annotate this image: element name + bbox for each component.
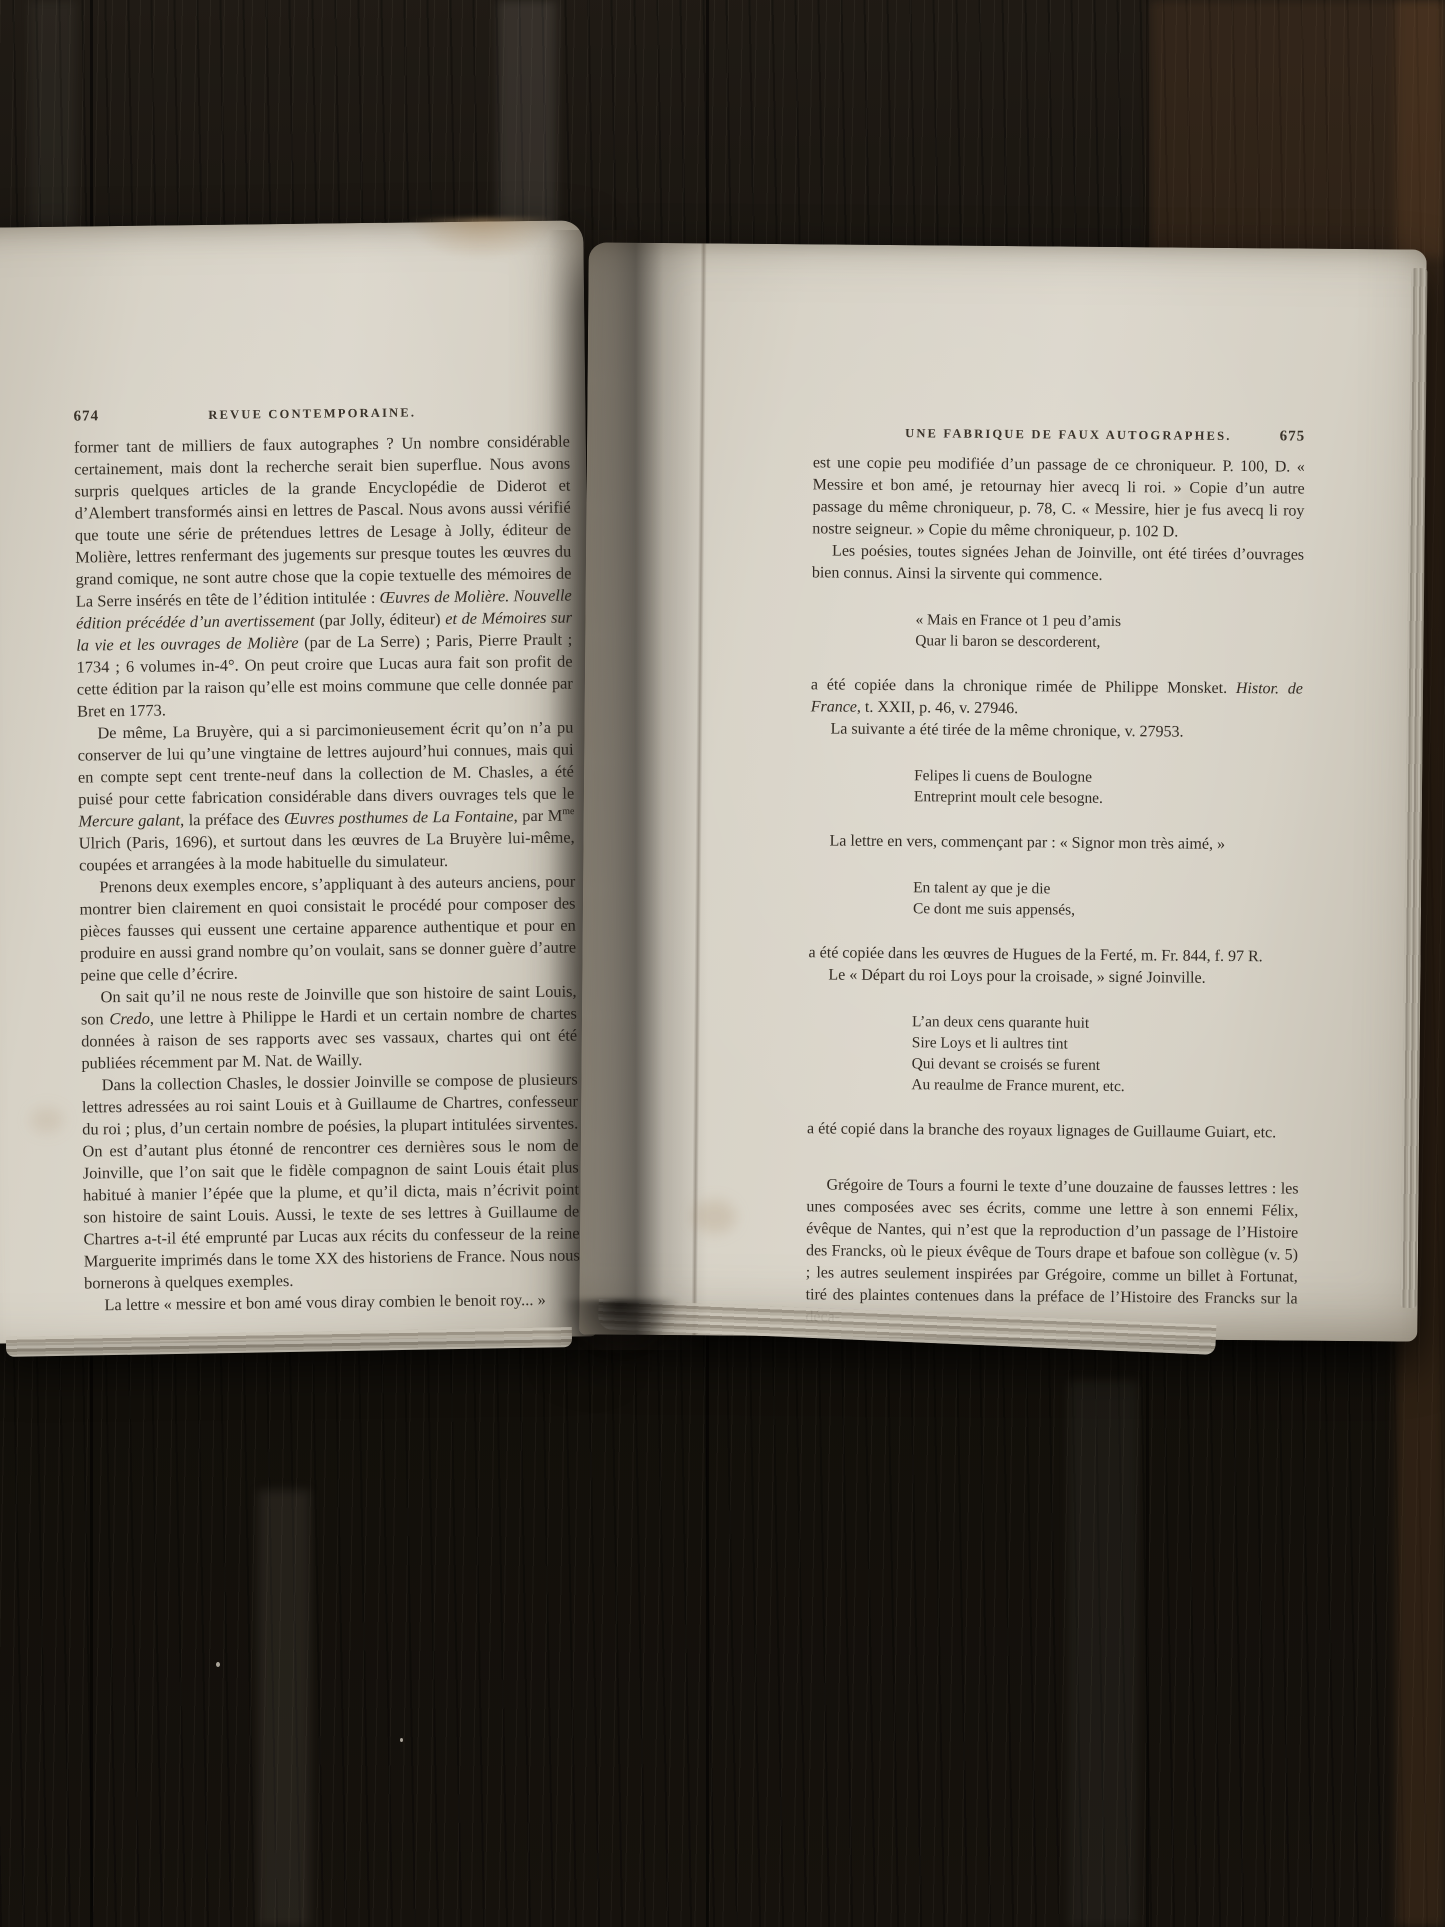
foxing-stain (30, 1107, 64, 1133)
text-segment: , une lettre à Philippe le Hardi et un c… (81, 1003, 577, 1072)
wood-grain-streak (258, 1490, 310, 1927)
paragraph: La lettre « messire et bon amé vous dira… (84, 1288, 580, 1316)
verse-line: Quar li baron se descorderent, (915, 630, 1303, 654)
verse-line: Ce dont me suis appensés, (913, 898, 1301, 922)
text-segment: Les poésies, toutes signées Jehan de Joi… (812, 542, 1304, 583)
text-segment: Ulrich (Paris, 1696), et surtout dans le… (79, 828, 575, 875)
running-title: UNE FABRIQUE DE FAUX AUTOGRAPHES. (857, 426, 1280, 445)
paragraph: La lettre en vers, commençant par : « Si… (809, 830, 1301, 856)
verse-line: Au reaulme de France murent, etc. (911, 1074, 1299, 1098)
text-segment: (par Jolly, éditeur) (319, 609, 445, 630)
text-segment: La lettre en vers, commençant par : « Si… (829, 832, 1225, 852)
paragraph: Dans la collection Chasles, le dossier J… (82, 1068, 581, 1294)
paragraph: Prenons deux exemples encore, s’appliqua… (79, 870, 576, 986)
running-title: REVUE CONTEMPORAINE. (99, 404, 526, 424)
italic-text: Credo (109, 1009, 150, 1028)
text-segment: a été copiée dans la chronique rimée de … (811, 676, 1236, 697)
paragraph: De même, La Bruyère, qui a si parcimonie… (77, 717, 575, 877)
paragraph: est une copie peu modifiée d’un passage … (812, 452, 1305, 544)
text-segment: La lettre « messire et bon amé vous dira… (104, 1290, 546, 1314)
paragraph: La suivante a été tirée de la même chron… (810, 718, 1302, 744)
book-page-right: UNE FABRIQUE DE FAUX AUTOGRAPHES. 675 es… (579, 242, 1426, 1341)
book-page-left: 674 REVUE CONTEMPORAINE. former tant de … (0, 220, 597, 1343)
paragraph: former tant de milliers de faux autograp… (74, 431, 573, 723)
page-number: 675 (1280, 428, 1306, 445)
verse-quote: En talent ay que je dieCe dont me suis a… (913, 877, 1301, 922)
verse-quote: Felipes li cuens de BoulogneEntreprint m… (914, 765, 1302, 810)
paragraph: Grégoire de Tours a fourni le texte d’un… (805, 1174, 1298, 1332)
wood-grain-streak (498, 0, 556, 242)
text-segment: Prenons deux exemples encore, s’appliqua… (79, 871, 576, 984)
text-segment: a été copié dans la branche des royaux l… (807, 1120, 1276, 1141)
running-header: UNE FABRIQUE DE FAUX AUTOGRAPHES. 675 (813, 424, 1305, 445)
verse-quote: « Mais en France ot 1 peu d’amisQuar li … (915, 609, 1303, 654)
page-number: 674 (73, 408, 99, 425)
paragraph: Les poésies, toutes signées Jehan de Joi… (812, 540, 1304, 588)
page-deckle-discoloration (407, 217, 558, 263)
foxing-stain (692, 1199, 736, 1233)
paragraph: a été copié dans la branche des royaux l… (807, 1118, 1299, 1144)
paragraph: Le « Départ du roi Loys pour la croisade… (808, 964, 1300, 990)
dust-speck (400, 1738, 403, 1742)
text-segment: Grégoire de Tours a fourni le texte d’un… (805, 1176, 1298, 1325)
running-header: 674 REVUE CONTEMPORAINE. (73, 403, 569, 426)
photo-of-open-book: { "palette": { "wood_dark": "#15110c", "… (0, 0, 1445, 1927)
page-body-text: est une copie peu modifiée d’un passage … (805, 452, 1305, 1332)
text-segment: est une copie peu modifiée d’un passage … (812, 454, 1305, 540)
italic-text: Œuvres posthumes de La Fontaine (284, 806, 514, 828)
paragraph: On sait qu’il ne nous reste de Joinville… (80, 980, 577, 1074)
italic-text: Mercure galant (78, 810, 180, 830)
text-segment: , t. XXII, p. 46, v. 27946. (857, 699, 1018, 717)
text-segment: , par M (513, 806, 562, 826)
text-segment: a été copiée dans les œuvres de Hugues d… (809, 944, 1263, 965)
text-segment: Dans la collection Chasles, le dossier J… (82, 1069, 580, 1292)
wood-grain-streak (1068, 1380, 1138, 1927)
text-segment: De même, La Bruyère, qui a si parcimonie… (78, 718, 575, 809)
text-segment: former tant de milliers de faux autograp… (74, 432, 572, 611)
text-segment: me (562, 806, 574, 817)
verse-line: Entreprint moult cele besogne. (914, 786, 1302, 810)
book-gutter-shadow-bottom (560, 1300, 680, 1358)
page-body-text: former tant de milliers de faux autograp… (74, 431, 581, 1317)
wood-grain-streak (30, 0, 76, 230)
verse-quote: L’an deux cens quarante huitSire Loys et… (911, 1011, 1300, 1098)
header-spacer (526, 415, 570, 416)
page-gutter-crease (691, 243, 707, 1335)
text-segment: La suivante a été tirée de la même chron… (830, 720, 1183, 740)
text-segment: Le « Départ du roi Loys pour la croisade… (828, 966, 1205, 986)
dust-speck (216, 1662, 220, 1667)
paragraph: a été copiée dans la chronique rimée de … (811, 674, 1303, 722)
text-segment: , la préface des (180, 809, 284, 829)
